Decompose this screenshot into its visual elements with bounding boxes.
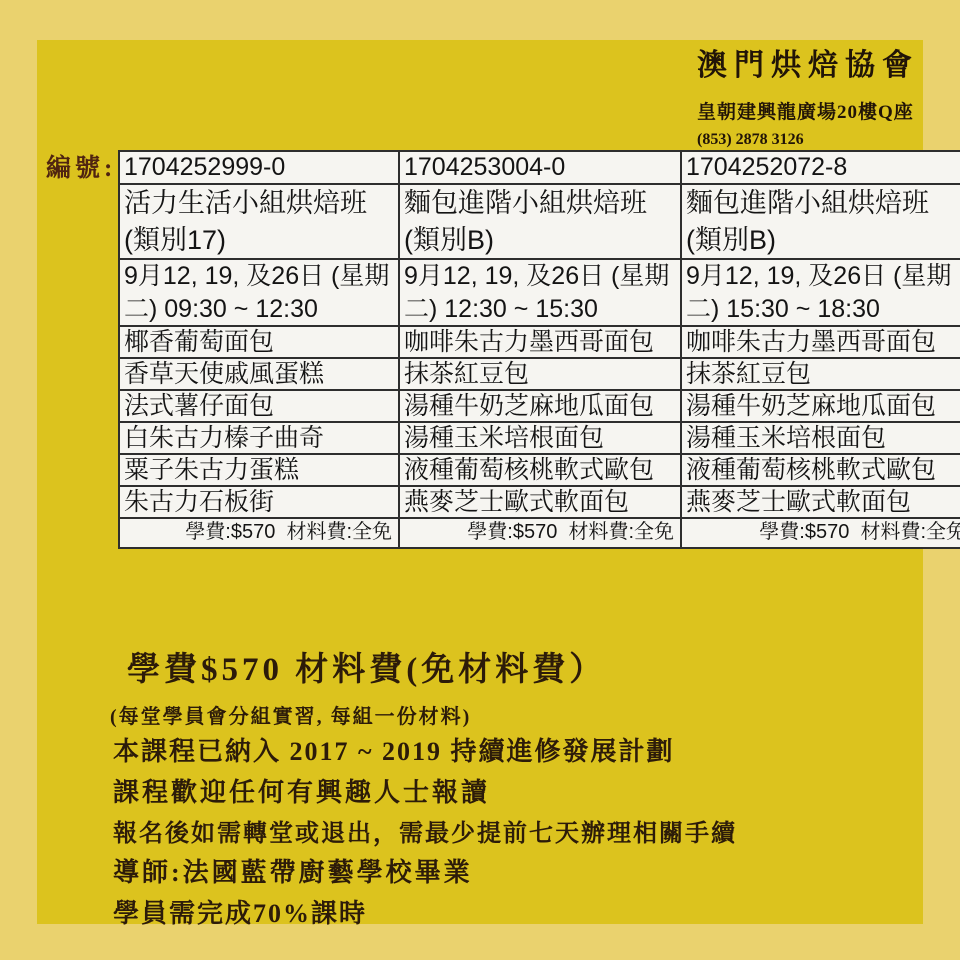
course-schedule-line1: 9月12, 19, 及26日 (星期 xyxy=(124,260,398,293)
fee-headline: 學費$570 材料費(免材料費） xyxy=(127,643,606,690)
course-item: 粟子朱古力蛋糕 xyxy=(120,455,398,487)
course-item: 咖啡朱古力墨西哥面包 xyxy=(682,327,960,359)
course-item: 朱古力石板街 xyxy=(120,487,398,519)
course-item: 湯種玉米培根面包 xyxy=(400,423,680,455)
course-item: 椰香葡萄面包 xyxy=(120,327,398,359)
course-name-line2: (類別B) xyxy=(686,222,960,259)
course-item: 湯種牛奶芝麻地瓜面包 xyxy=(400,391,680,423)
note-attendance: 學員需完成70%課時 xyxy=(113,893,367,930)
course-name: 活力生活小組烘焙班 (類別17) xyxy=(120,185,398,260)
course-schedule: 9月12, 19, 及26日 (星期 二) 09:30 ~ 12:30 xyxy=(120,260,398,327)
course-schedule-line1: 9月12, 19, 及26日 (星期 xyxy=(404,260,680,293)
course-table: 1704252999-0 活力生活小組烘焙班 (類別17) 9月12, 19, … xyxy=(118,150,960,549)
course-item: 抹茶紅豆包 xyxy=(682,359,960,391)
course-name-line1: 麵包進階小組烘焙班 xyxy=(404,185,680,222)
course-item: 咖啡朱古力墨西哥面包 xyxy=(400,327,680,359)
course-item: 法式薯仔面包 xyxy=(120,391,398,423)
course-fee: 學費:$570 材料費:全免 xyxy=(120,519,398,547)
course-fee: 學費:$570 材料費:全免 xyxy=(400,519,680,547)
org-name: 澳門烘焙協會 xyxy=(697,40,919,84)
course-item: 燕麥芝士歐式軟面包 xyxy=(400,487,680,519)
course-schedule-line2: 二) 12:30 ~ 15:30 xyxy=(404,293,680,326)
course-item: 抹茶紅豆包 xyxy=(400,359,680,391)
course-name-line2: (類別17) xyxy=(124,222,398,259)
course-fee: 學費:$570 材料費:全免 xyxy=(682,519,960,547)
course-item: 湯種玉米培根面包 xyxy=(682,423,960,455)
course-item: 白朱古力榛子曲奇 xyxy=(120,423,398,455)
note-group-practice: (每堂學員會分組實習, 每組一份材料) xyxy=(110,700,471,729)
note-development-plan: 本課程已納入 2017 ~ 2019 持續進修發展計劃 xyxy=(113,731,675,768)
course-id: 1704252072-8 xyxy=(682,152,960,185)
course-item: 湯種牛奶芝麻地瓜面包 xyxy=(682,391,960,423)
course-item: 液種葡萄核桃軟式歐包 xyxy=(682,455,960,487)
course-name-line1: 活力生活小組烘焙班 xyxy=(124,185,398,222)
note-welcome: 課程歡迎任何有興趣人士報讀 xyxy=(113,772,490,809)
course-schedule: 9月12, 19, 及26日 (星期 二) 12:30 ~ 15:30 xyxy=(400,260,680,327)
course-name-line2: (類別B) xyxy=(404,222,680,259)
poster: 澳門烘焙協會 皇朝建興龍廣場20樓Q座 (853) 2878 3126 編號: … xyxy=(0,0,960,960)
course-column-3: 1704252072-8 麵包進階小組烘焙班 (類別B) 9月12, 19, 及… xyxy=(682,152,960,547)
org-header: 澳門烘焙協會 皇朝建興龍廣場20樓Q座 (853) 2878 3126 xyxy=(697,40,919,149)
course-name: 麵包進階小組烘焙班 (類別B) xyxy=(400,185,680,260)
course-schedule-line1: 9月12, 19, 及26日 (星期 xyxy=(686,260,960,293)
org-phone: (853) 2878 3126 xyxy=(697,131,919,149)
course-name-line1: 麵包進階小組烘焙班 xyxy=(686,185,960,222)
course-schedule: 9月12, 19, 及26日 (星期 二) 15:30 ~ 18:30 xyxy=(682,260,960,327)
course-id: 1704253004-0 xyxy=(400,152,680,185)
course-column-1: 1704252999-0 活力生活小組烘焙班 (類別17) 9月12, 19, … xyxy=(120,152,400,547)
course-column-2: 1704253004-0 麵包進階小組烘焙班 (類別B) 9月12, 19, 及… xyxy=(400,152,682,547)
course-name: 麵包進階小組烘焙班 (類別B) xyxy=(682,185,960,260)
note-instructor: 導師:法國藍帶廚藝學校畢業 xyxy=(113,852,473,889)
course-item: 液種葡萄核桃軟式歐包 xyxy=(400,455,680,487)
org-address: 皇朝建興龍廣場20樓Q座 xyxy=(697,97,919,124)
course-schedule-line2: 二) 15:30 ~ 18:30 xyxy=(686,293,960,326)
course-schedule-line2: 二) 09:30 ~ 12:30 xyxy=(124,293,398,326)
course-item: 香草天使戚風蛋糕 xyxy=(120,359,398,391)
note-withdrawal-policy: 報名後如需轉堂或退出，需最少提前七天辦理相關手續 xyxy=(113,813,737,848)
course-item: 燕麥芝士歐式軟面包 xyxy=(682,487,960,519)
course-id: 1704252999-0 xyxy=(120,152,398,185)
course-id-label: 編號: xyxy=(46,148,116,184)
